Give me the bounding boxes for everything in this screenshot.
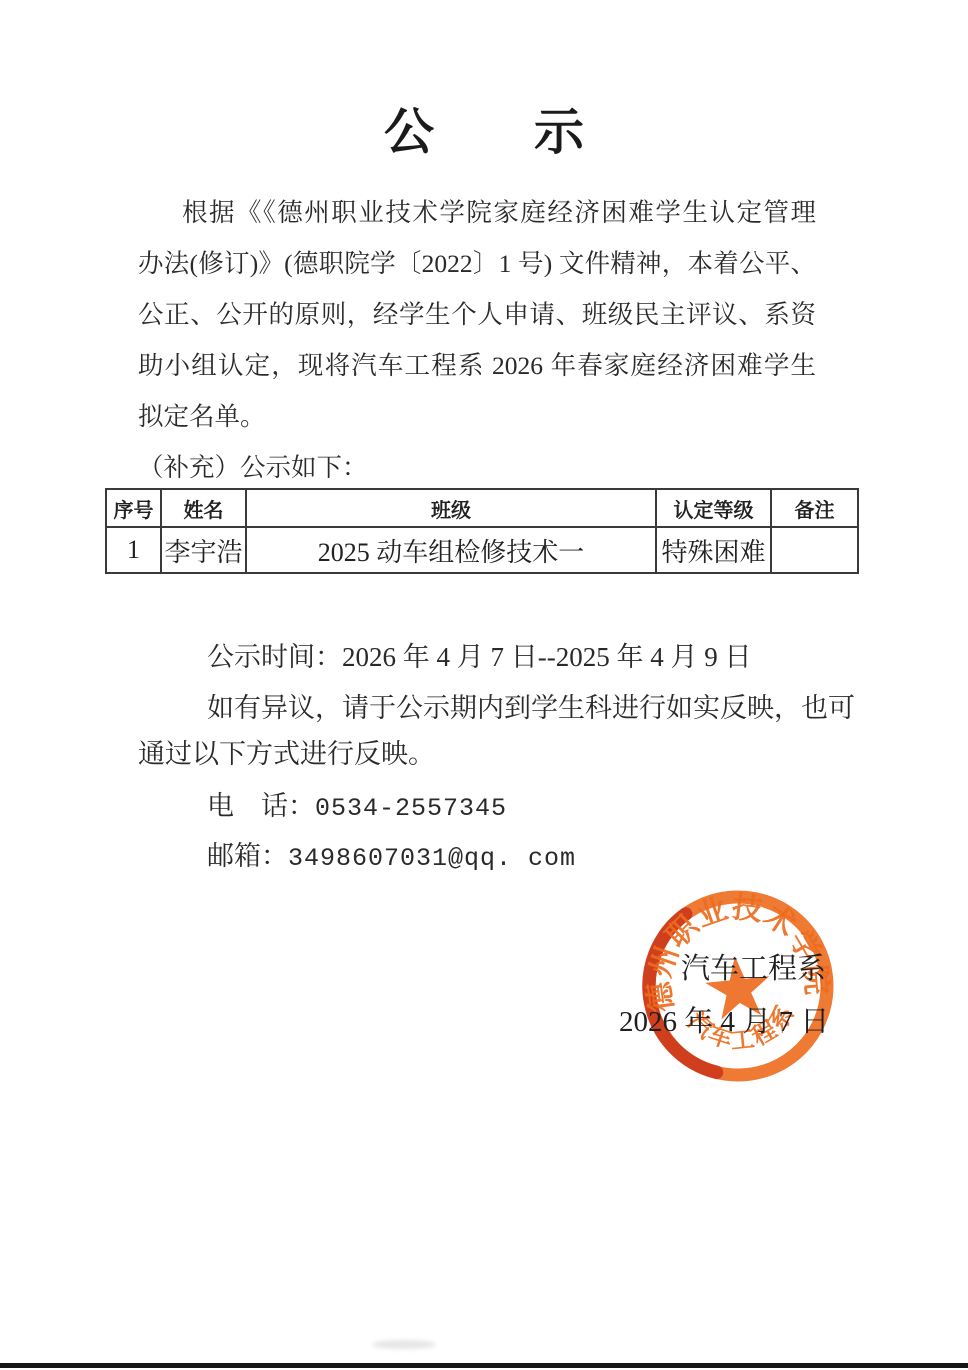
table-header-name: 姓名 <box>161 489 246 527</box>
cell-level: 特殊困难 <box>656 527 771 573</box>
email-label: 邮箱： <box>207 841 288 871</box>
email-line: 邮箱：3498607031@qq. com <box>207 840 576 875</box>
cell-class: 2025 动车组检修技术一 <box>246 527 656 573</box>
table-header-class: 班级 <box>246 489 656 527</box>
body-line: 根据《《德州职业技术学院家庭经济困难学生认定管理 <box>138 187 816 238</box>
cell-remark <box>771 527 858 573</box>
objection-text-line2: 通过以下方式进行反映。 <box>138 738 435 770</box>
phone-value: 0534-2557345 <box>315 794 507 823</box>
students-table: 序号 姓名 班级 认定等级 备注 1 李宇浩 2025 动车组检修技术一 特殊困… <box>105 488 859 574</box>
objection-text-line1: 如有异议，请于公示期内到学生科进行如实反映，也可 <box>207 692 855 724</box>
email-value: 3498607031@qq. com <box>288 844 576 873</box>
publicity-period: 公示时间：2026 年 4 月 7 日--2025 年 4 月 9 日 <box>207 641 751 673</box>
cell-no: 1 <box>106 527 161 573</box>
table-header-level: 认定等级 <box>656 489 771 527</box>
body-line: 办法(修订)》(德职院学〔2022〕1 号) 文件精神，本着公平、 <box>138 238 816 289</box>
signature-date: 2026 年 4 月 7 日 <box>619 999 829 1040</box>
body-line: 助小组认定，现将汽车工程系 2026 年春家庭经济困难学生 <box>138 340 816 391</box>
signature-department: 汽车工程系 <box>681 946 826 987</box>
table-header-row: 序号 姓名 班级 认定等级 备注 <box>106 489 858 527</box>
phone-line: 电 话：0534-2557345 <box>207 790 507 825</box>
table-header-no: 序号 <box>106 489 161 527</box>
photo-bottom-edge <box>0 1363 968 1368</box>
cell-name: 李宇浩 <box>161 527 246 573</box>
body-line-supplement: （补充）公示如下： <box>138 442 816 493</box>
document-photo: 公 示 根据《《德州职业技术学院家庭经济困难学生认定管理 办法(修订)》(德职院… <box>0 0 968 1370</box>
phone-label: 电 话： <box>207 791 315 821</box>
table-row: 1 李宇浩 2025 动车组检修技术一 特殊困难 <box>106 527 858 573</box>
photo-smudge <box>372 1340 436 1349</box>
body-line: 公正、公开的原则，经学生个人申请、班级民主评议、系资 <box>138 289 816 340</box>
table-header-remark: 备注 <box>771 489 858 527</box>
page-title: 公 示 <box>0 104 968 160</box>
body-paragraph: 根据《《德州职业技术学院家庭经济困难学生认定管理 办法(修订)》(德职院学〔20… <box>138 187 816 493</box>
body-line: 拟定名单。 <box>138 391 816 442</box>
